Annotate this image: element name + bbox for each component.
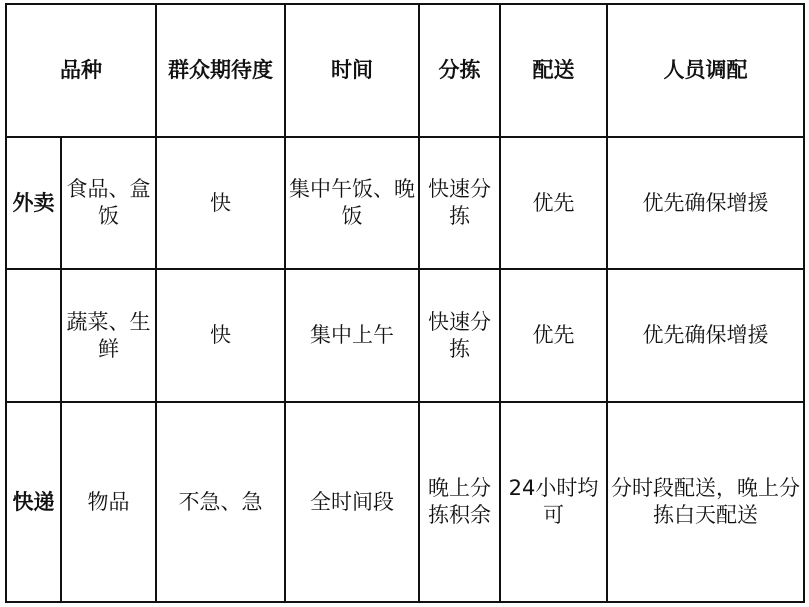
staffing-cell: 优先确保增援: [607, 269, 804, 402]
time-cell: 集中上午: [285, 269, 419, 402]
category-cell: 快递: [6, 402, 61, 602]
table-row: 蔬菜、生鲜 快 集中上午 快速分拣 优先 优先确保增援: [6, 269, 804, 402]
staffing-cell: 优先确保增援: [607, 137, 804, 269]
sorting-cell: 快速分拣: [419, 137, 500, 269]
table-row: 外卖 食品、盒饭 快 集中午饭、晚饭 快速分拣 优先 优先确保增援: [6, 137, 804, 269]
staffing-cell: 分时段配送，晚上分拣白天配送: [607, 402, 804, 602]
item-cell: 食品、盒饭: [61, 137, 156, 269]
time-cell: 全时间段: [285, 402, 419, 602]
category-cell: [6, 269, 61, 402]
item-cell: 物品: [61, 402, 156, 602]
table-row: 快递 物品 不急、急 全时间段 晚上分拣积余 24小时均可 分时段配送，晚上分拣…: [6, 402, 804, 602]
expectation-cell: 快: [156, 269, 285, 402]
expectation-cell: 快: [156, 137, 285, 269]
delivery-strategy-table: 品种 群众期待度 时间 分拣 配送 人员调配 外卖 食品、盒饭 快 集中午饭、晚…: [5, 3, 805, 603]
header-row: 品种 群众期待度 时间 分拣 配送 人员调配: [6, 4, 804, 137]
sorting-cell: 快速分拣: [419, 269, 500, 402]
header-variety: 品种: [6, 4, 156, 137]
header-time: 时间: [285, 4, 419, 137]
category-cell: 外卖: [6, 137, 61, 269]
header-staffing: 人员调配: [607, 4, 804, 137]
delivery-cell: 24小时均可: [500, 402, 607, 602]
header-sorting: 分拣: [419, 4, 500, 137]
delivery-cell: 优先: [500, 137, 607, 269]
header-delivery: 配送: [500, 4, 607, 137]
delivery-cell: 优先: [500, 269, 607, 402]
header-expectation: 群众期待度: [156, 4, 285, 137]
item-cell: 蔬菜、生鲜: [61, 269, 156, 402]
sorting-cell: 晚上分拣积余: [419, 402, 500, 602]
time-cell: 集中午饭、晚饭: [285, 137, 419, 269]
expectation-cell: 不急、急: [156, 402, 285, 602]
